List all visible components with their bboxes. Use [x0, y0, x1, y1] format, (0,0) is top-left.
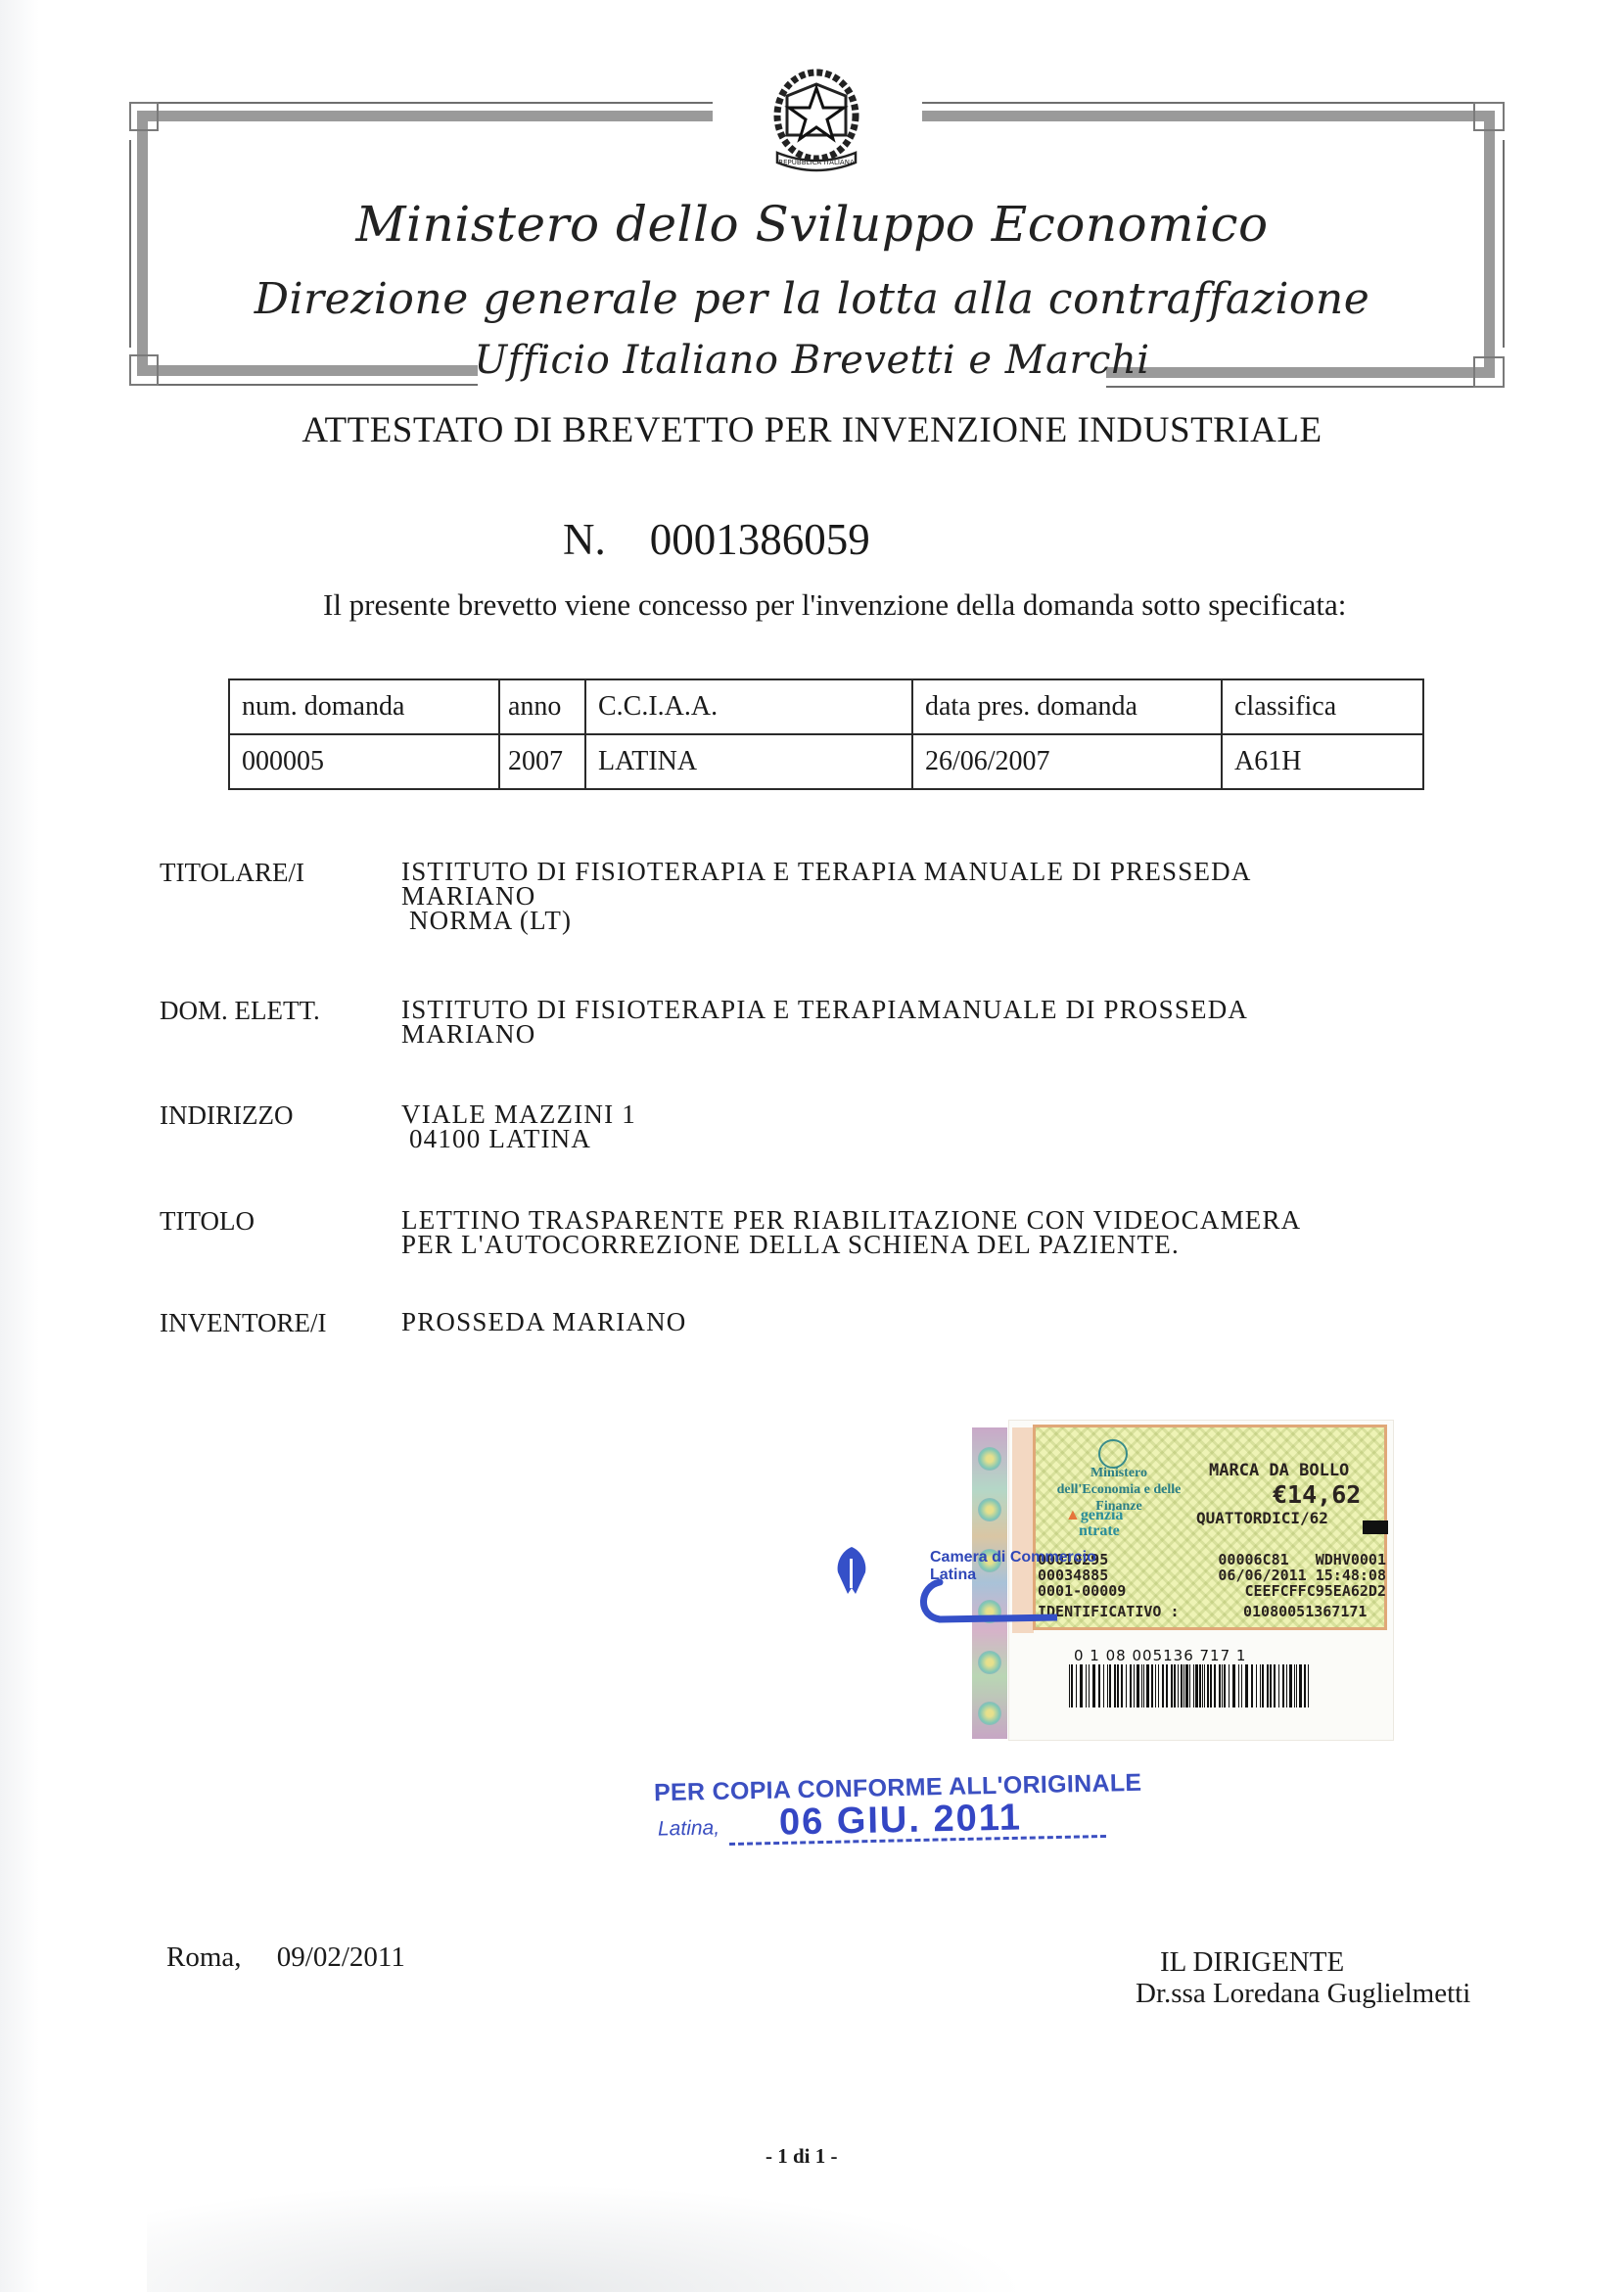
barcode-number: 0 1 08 005136 717 1 [1074, 1647, 1246, 1664]
field-label-inventore: INVENTORE/I [160, 1308, 326, 1338]
stamp-codes-right: 00006C81 WDHV0001 06/06/2011 15:48:08 CE… [1136, 1552, 1386, 1599]
hologram-seal-icon [978, 1702, 1001, 1725]
issue-place-date: Roma, 09/02/2011 [166, 1941, 405, 1974]
frame-bar [922, 111, 1495, 121]
copy-stamp-date: 06 GIU. 2011 [779, 1797, 1023, 1844]
header-anno: anno [499, 679, 585, 734]
header-classifica: classifica [1222, 679, 1423, 734]
header-cciaa: C.C.I.A.A. [585, 679, 912, 734]
office-name: Ufficio Italiano Brevetti e Marchi [0, 338, 1624, 383]
stamp-type: MARCA DA BOLLO [1209, 1461, 1349, 1480]
stamp-agency: ▲genzia ntrate [1065, 1508, 1123, 1539]
frame-corner [1473, 102, 1505, 131]
cell-cciaa: LATINA [585, 734, 912, 789]
header-num-domanda: num. domanda [229, 679, 499, 734]
signer-name: Dr.ssa Loredana Guglielmetti [1136, 1978, 1470, 2010]
frame-corner [129, 102, 159, 131]
field-value-titolo: LETTINO TRASPARENTE PER RIABILITAZIONE C… [401, 1208, 1301, 1257]
svg-text:REPUBBLICA ITALIANA: REPUBBLICA ITALIANA [778, 159, 855, 166]
document-title: ATTESTATO DI BREVETTO PER INVENZIONE IND… [0, 409, 1624, 451]
stamp-identifier: 01080051367171 [1243, 1603, 1367, 1620]
issue-date: 09/02/2011 [277, 1941, 405, 1973]
ministry-name: Ministero dello Sviluppo Economico [0, 196, 1624, 253]
table-row: 000005 2007 LATINA 26/06/2007 A61H [229, 734, 1423, 789]
barcode-icon [1069, 1664, 1314, 1707]
field-value-dom-elett: ISTITUTO DI FISIOTERAPIA E TERAPIAMANUAL… [401, 998, 1248, 1047]
agency-logo-icon: ▲ [1065, 1507, 1081, 1523]
hologram-seal-icon [978, 1447, 1001, 1471]
header-data-pres: data pres. domanda [912, 679, 1222, 734]
cell-classifica: A61H [1222, 734, 1423, 789]
cell-anno: 2007 [499, 734, 585, 789]
field-value-indirizzo: VIALE MAZZINI 1 04100 LATINA [401, 1102, 636, 1151]
hologram-seal-icon [978, 1651, 1001, 1674]
hologram-seal-icon [978, 1498, 1001, 1521]
table-header-row: num. domanda anno C.C.I.A.A. data pres. … [229, 679, 1423, 734]
patent-number: N. 0001386059 [563, 514, 870, 565]
chamber-logo-icon [834, 1545, 869, 1596]
patent-number-value: 0001386059 [650, 515, 870, 564]
signer-title: IL DIRIGENTE [1160, 1946, 1344, 1979]
stamp-identifier-label: IDENTIFICATIVO : [1038, 1603, 1180, 1620]
cell-num-domanda: 000005 [229, 734, 499, 789]
stamp-black-mark [1363, 1520, 1388, 1534]
frame-bar [137, 111, 713, 121]
frame-line [149, 102, 713, 104]
frame-line [1106, 386, 1483, 388]
field-label-titolare: TITOLARE/I [160, 858, 304, 888]
field-value-titolare: ISTITUTO DI FISIOTERAPIA E TERAPIA MANUA… [401, 860, 1252, 933]
field-label-dom-elett: DOM. ELETT. [160, 996, 320, 1026]
issue-place: Roma, [166, 1941, 242, 1973]
application-table: num. domanda anno C.C.I.A.A. data pres. … [228, 678, 1424, 790]
stamp-amount: €14,62 [1273, 1480, 1361, 1509]
scan-shadow [147, 2183, 1028, 2292]
field-value-inventore: PROSSEDA MARIANO [401, 1310, 687, 1334]
frame-line [922, 102, 1483, 104]
field-label-indirizzo: INDIRIZZO [160, 1100, 293, 1131]
patent-number-prefix: N. [563, 515, 606, 564]
directorate-name: Direzione generale per la lotta alla con… [0, 274, 1624, 324]
chamber-signature-stroke [910, 1576, 1057, 1625]
cell-data-pres: 26/06/2007 [912, 734, 1222, 789]
frame-line [149, 384, 478, 386]
page-number: - 1 di 1 - [766, 2144, 838, 2169]
field-label-titolo: TITOLO [160, 1206, 255, 1237]
italian-republic-emblem-icon: REPUBBLICA ITALIANA [766, 67, 867, 182]
stamp-amount-words: QUATTORDICI/62 [1196, 1509, 1328, 1527]
copy-stamp-place: Latina, [658, 1816, 720, 1841]
intro-sentence: Il presente brevetto viene concesso per … [323, 587, 1346, 623]
